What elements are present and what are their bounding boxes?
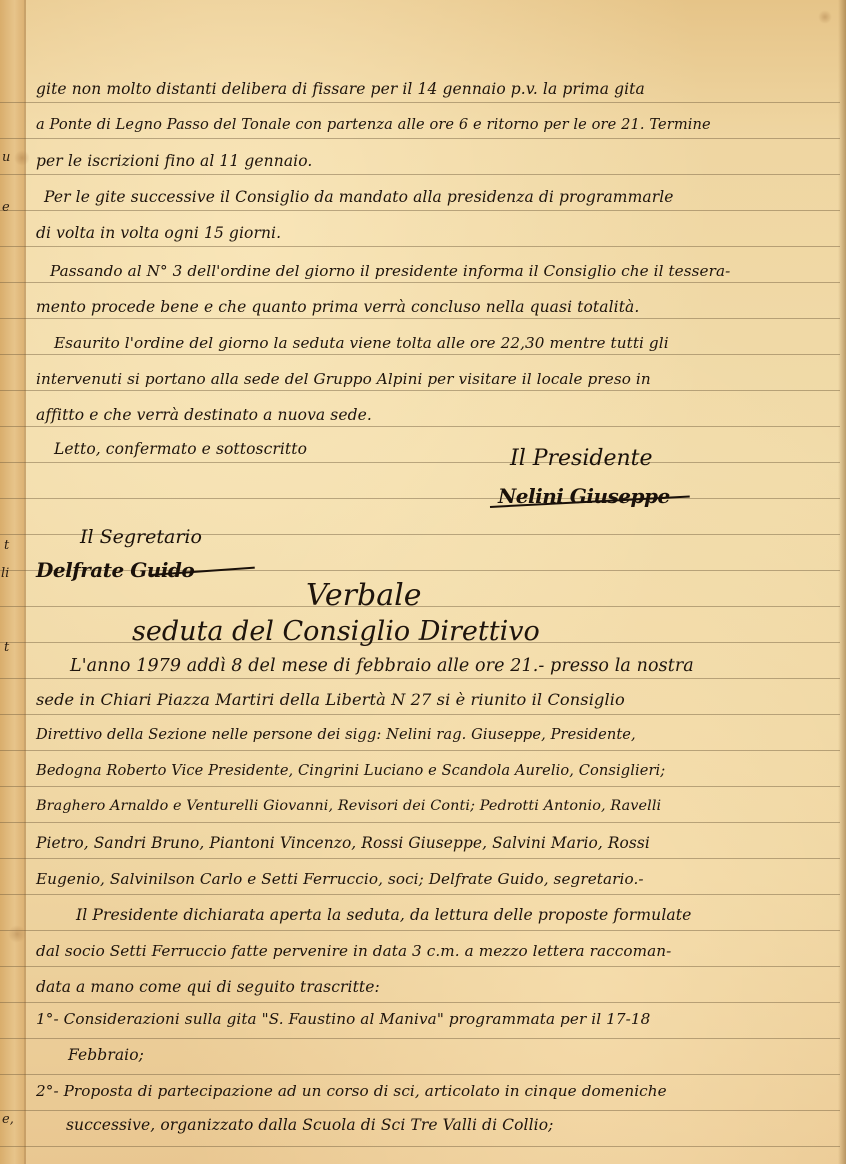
text-line: di volta in volta ogni 15 giorni. — [36, 224, 281, 242]
president-label: Il Presidente — [510, 446, 653, 471]
secretary-label: Il Segretario — [80, 526, 202, 548]
text-line: Esaurito l'ordine del giorno la seduta v… — [54, 334, 669, 352]
agenda-item-continuation: successive, organizzato dalla Scuola di … — [66, 1116, 553, 1134]
text-line: Per le gite successive il Consiglio da m… — [44, 188, 674, 206]
agenda-item-continuation: Febbraio; — [68, 1046, 144, 1064]
notebook-page: u e t li t e, gite non molto distanti de… — [0, 0, 846, 1164]
text-line: Pietro, Sandri Bruno, Piantoni Vincenzo,… — [36, 834, 650, 852]
text-line: Bedogna Roberto Vice Presidente, Cingrin… — [36, 762, 665, 779]
document-subtitle: seduta del Consiglio Direttivo — [132, 616, 540, 647]
text-line: Braghero Arnaldo e Venturelli Giovanni, … — [36, 798, 661, 814]
agenda-item: 1°- Considerazioni sulla gita "S. Fausti… — [36, 1010, 650, 1028]
document-title: Verbale — [306, 578, 421, 613]
text-line: Passando al N° 3 dell'ordine del giorno … — [50, 262, 730, 280]
text-line: affitto e che verrà destinato a nuova se… — [36, 406, 372, 424]
text-line: L'anno 1979 addì 8 del mese di febbraio … — [70, 656, 694, 676]
text-line: Letto, confermato e sottoscritto — [54, 440, 307, 458]
text-line: Direttivo della Sezione nelle persone de… — [36, 726, 636, 743]
text-line: sede in Chiari Piazza Martiri della Libe… — [36, 690, 625, 709]
text-line: intervenuti si portano alla sede del Gru… — [36, 370, 651, 388]
text-line: gite non molto distanti delibera di fiss… — [36, 80, 645, 98]
agenda-item: 2°- Proposta di partecipazione ad un cor… — [36, 1082, 667, 1100]
text-line: data a mano come qui di seguito trascrit… — [36, 978, 380, 996]
text-line: per le iscrizioni fino al 11 gennaio. — [36, 152, 312, 170]
handwritten-text: gite non molto distanti delibera di fiss… — [0, 0, 846, 1164]
text-line: dal socio Setti Ferruccio fatte pervenir… — [36, 942, 671, 960]
secretary-signature: Delfrate Guido — [36, 558, 194, 582]
text-line: Eugenio, Salvinilson Carlo e Setti Ferru… — [36, 870, 644, 888]
text-line: Il Presidente dichiarata aperta la sedut… — [76, 906, 692, 924]
text-line: mento procede bene e che quanto prima ve… — [36, 298, 639, 316]
text-line: a Ponte di Legno Passo del Tonale con pa… — [36, 116, 711, 133]
